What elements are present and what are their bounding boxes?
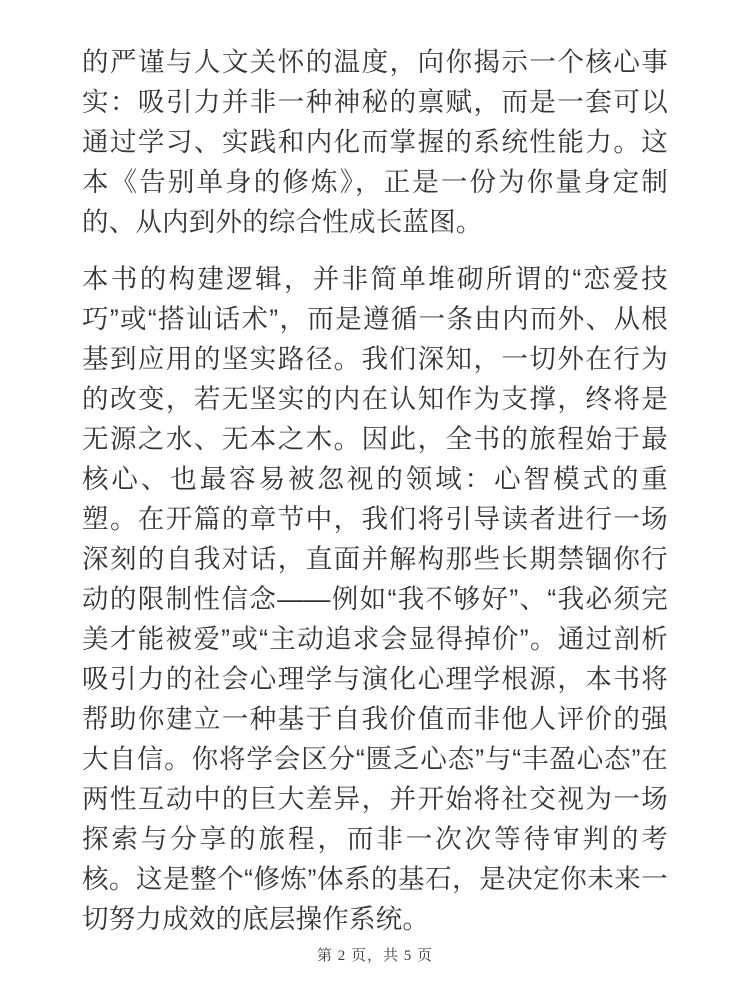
document-page: 的严谨与人文关怀的温度，向你揭示一个核心事实：吸引力并非一种神秘的禀赋，而是一套… (0, 0, 750, 1000)
body-paragraph: 的严谨与人文关怀的温度，向你揭示一个核心事实：吸引力并非一种神秘的禀赋，而是一套… (82, 42, 668, 242)
page-indicator: 第 2 页，共 5 页 (0, 944, 750, 965)
page-content: 的严谨与人文关怀的温度，向你揭示一个核心事实：吸引力并非一种神秘的禀赋，而是一套… (82, 42, 668, 956)
body-paragraph: 本书的构建逻辑，并非简单堆砌所谓的“恋爱技巧”或“搭讪话术”，而是遵循一条由内而… (82, 259, 668, 939)
